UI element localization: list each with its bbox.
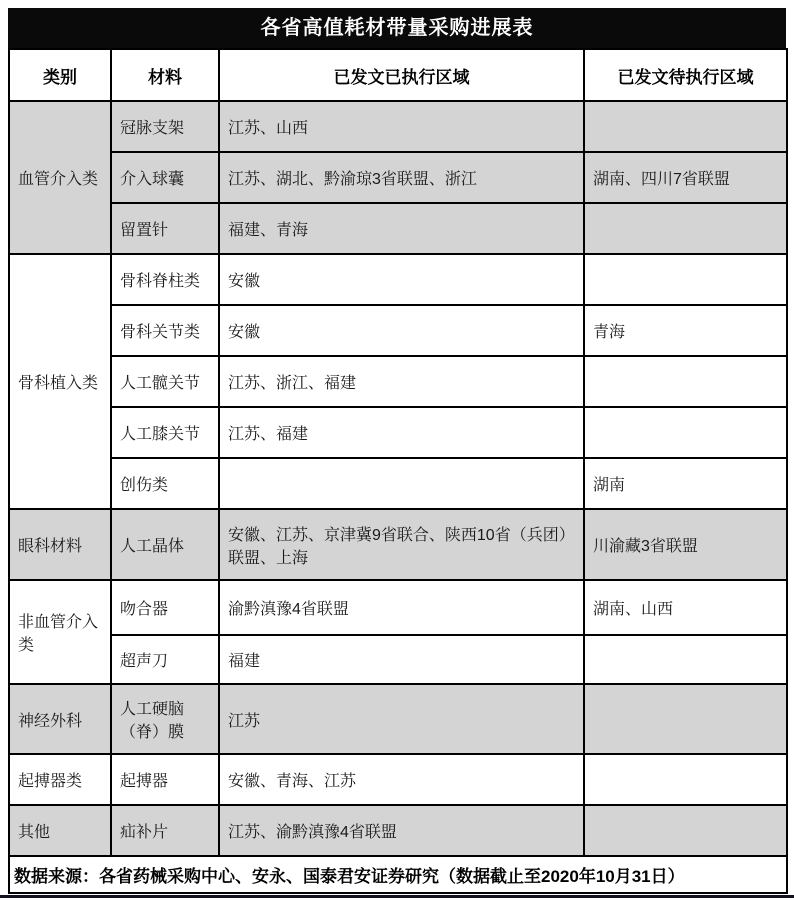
executed-cell: 江苏、福建 — [219, 407, 584, 458]
table-container: 各省高值耗材带量采购进展表 类别 材料 已发文已执行区域 已发文待执行区域 血管… — [8, 8, 786, 894]
material-cell: 吻合器 — [111, 580, 219, 635]
table-row: 创伤类 湖南 — [9, 458, 787, 509]
pending-cell — [584, 101, 787, 152]
executed-cell — [219, 458, 584, 509]
material-cell: 创伤类 — [111, 458, 219, 509]
material-cell: 介入球囊 — [111, 152, 219, 203]
source-row: 数据来源：各省药械采购中心、安永、国泰君安证券研究（数据截止至2020年10月3… — [9, 856, 787, 893]
category-cell: 眼科材料 — [9, 509, 111, 580]
col-header-category: 类别 — [9, 49, 111, 101]
executed-cell: 渝黔滇豫4省联盟 — [219, 580, 584, 635]
pending-cell — [584, 684, 787, 754]
table-row: 介入球囊 江苏、湖北、黔渝琼3省联盟、浙江 湖南、四川7省联盟 — [9, 152, 787, 203]
table-row: 起搏器类 起搏器 安徽、青海、江苏 — [9, 754, 787, 805]
col-header-executed: 已发文已执行区域 — [219, 49, 584, 101]
executed-cell: 江苏 — [219, 684, 584, 754]
executed-cell: 安徽、青海、江苏 — [219, 754, 584, 805]
pending-cell — [584, 805, 787, 856]
table-row: 其他 疝补片 江苏、渝黔滇豫4省联盟 — [9, 805, 787, 856]
pending-cell — [584, 635, 787, 684]
executed-cell: 江苏、山西 — [219, 101, 584, 152]
pending-cell: 青海 — [584, 305, 787, 356]
pending-cell: 湖南、四川7省联盟 — [584, 152, 787, 203]
table-row: 骨科植入类 骨科脊柱类 安徽 — [9, 254, 787, 305]
table-row: 超声刀 福建 — [9, 635, 787, 684]
executed-cell: 江苏、渝黔滇豫4省联盟 — [219, 805, 584, 856]
material-cell: 留置针 — [111, 203, 219, 254]
material-cell: 人工晶体 — [111, 509, 219, 580]
table-title: 各省高值耗材带量采购进展表 — [8, 8, 786, 48]
table-row: 眼科材料 人工晶体 安徽、江苏、京津冀9省联合、陕西10省（兵团）联盟、上海 川… — [9, 509, 787, 580]
pending-cell: 川渝藏3省联盟 — [584, 509, 787, 580]
pending-cell — [584, 203, 787, 254]
pending-cell: 湖南 — [584, 458, 787, 509]
pending-cell — [584, 754, 787, 805]
col-header-material: 材料 — [111, 49, 219, 101]
executed-cell: 安徽 — [219, 305, 584, 356]
material-cell: 超声刀 — [111, 635, 219, 684]
table-row: 骨科关节类 安徽 青海 — [9, 305, 787, 356]
category-cell: 骨科植入类 — [9, 254, 111, 509]
table-row: 人工髋关节 江苏、浙江、福建 — [9, 356, 787, 407]
pending-cell — [584, 254, 787, 305]
executed-cell: 江苏、湖北、黔渝琼3省联盟、浙江 — [219, 152, 584, 203]
table-row: 非血管介入类 吻合器 渝黔滇豫4省联盟 湖南、山西 — [9, 580, 787, 635]
material-cell: 人工硬脑（脊）膜 — [111, 684, 219, 754]
material-cell: 骨科关节类 — [111, 305, 219, 356]
data-source-note: 数据来源：各省药械采购中心、安永、国泰君安证券研究（数据截止至2020年10月3… — [9, 856, 787, 893]
procurement-progress-table: 类别 材料 已发文已执行区域 已发文待执行区域 血管介入类 冠脉支架 江苏、山西… — [8, 48, 788, 894]
material-cell: 人工髋关节 — [111, 356, 219, 407]
material-cell: 人工膝关节 — [111, 407, 219, 458]
col-header-pending: 已发文待执行区域 — [584, 49, 787, 101]
pending-cell: 湖南、山西 — [584, 580, 787, 635]
executed-cell: 福建 — [219, 635, 584, 684]
material-cell: 起搏器 — [111, 754, 219, 805]
table-row: 血管介入类 冠脉支架 江苏、山西 — [9, 101, 787, 152]
category-cell: 神经外科 — [9, 684, 111, 754]
table-row: 人工膝关节 江苏、福建 — [9, 407, 787, 458]
category-cell: 起搏器类 — [9, 754, 111, 805]
pending-cell — [584, 356, 787, 407]
executed-cell: 福建、青海 — [219, 203, 584, 254]
material-cell: 疝补片 — [111, 805, 219, 856]
category-cell: 其他 — [9, 805, 111, 856]
material-cell: 骨科脊柱类 — [111, 254, 219, 305]
executed-cell: 江苏、浙江、福建 — [219, 356, 584, 407]
category-cell: 血管介入类 — [9, 101, 111, 254]
executed-cell: 安徽、江苏、京津冀9省联合、陕西10省（兵团）联盟、上海 — [219, 509, 584, 580]
executed-cell: 安徽 — [219, 254, 584, 305]
pending-cell — [584, 407, 787, 458]
table-row: 留置针 福建、青海 — [9, 203, 787, 254]
table-row: 神经外科 人工硬脑（脊）膜 江苏 — [9, 684, 787, 754]
material-cell: 冠脉支架 — [111, 101, 219, 152]
category-cell: 非血管介入类 — [9, 580, 111, 684]
bottom-edge-bar — [0, 895, 794, 898]
header-row: 类别 材料 已发文已执行区域 已发文待执行区域 — [9, 49, 787, 101]
